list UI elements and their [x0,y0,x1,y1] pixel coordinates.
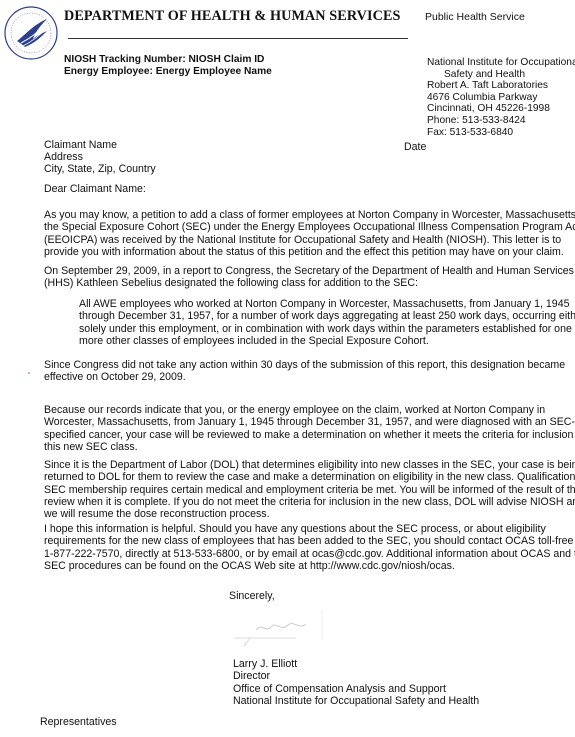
letter-date: Date [404,141,426,153]
text-line: All AWE employees who worked at Norton C… [79,298,573,310]
signature-icon [226,608,346,648]
recipient-address: Address [44,151,156,163]
address-line: Robert A. Taft Laboratories [427,80,575,92]
class-definition-quote: All AWE employees who worked at Norton C… [79,298,573,347]
signer-institute: National Institute for Occupational Safe… [233,695,479,707]
header-divider [68,38,408,39]
paragraph-effective-date: Since Congress did not take any action w… [44,359,574,384]
tracking-block: NIOSH Tracking Number: NIOSH Claim ID En… [64,54,272,78]
paragraph-dol: Since it is the Department of Labor (DOL… [44,459,574,520]
text-line: review when it is complete. If you do no… [44,496,574,508]
text-line: SEC membership requires certain medical … [44,484,574,496]
text-line: I hope this information is helpful. Shou… [44,523,574,535]
paragraph-contact: I hope this information is helpful. Shou… [44,523,574,572]
signer-title: Director [233,670,479,682]
text-line: we will resume the dose reconstruction p… [44,508,574,520]
text-line: On September 29, 2009, in a report to Co… [44,265,574,277]
paragraph-records: Because our records indicate that you, o… [44,404,574,453]
hhs-seal-icon [3,5,59,61]
text-line: solely under this employment, or in comb… [79,323,573,335]
text-line: effective on October 29, 2009. [44,371,574,383]
text-line: Worcester, Massachusetts, from January 1… [44,416,574,428]
text-line: more other classes of employees included… [79,335,573,347]
text-line: SEC procedures can be found on the OCAS … [44,560,574,572]
text-line: requirements for the new class of employ… [44,535,574,547]
recipient-block: Claimant Name Address City, State, Zip, … [44,139,156,175]
text-line: this new SEC class. [44,441,574,453]
text-line: returned to DOL for them to review the c… [44,471,574,483]
text-line: the Special Exposure Cohort (SEC) under … [44,221,574,233]
salutation: Dear Claimant Name: [44,183,146,195]
service-name: Public Health Service [425,11,525,23]
scan-artifact [28,372,30,374]
phone-line: Phone: 513-533-8424 [427,115,575,127]
signer-office: Office of Compensation Analysis and Supp… [233,683,479,695]
text-line: As you may know, a petition to add a cla… [44,209,574,221]
text-line: Because our records indicate that you, o… [44,404,574,416]
recipient-name: Claimant Name [44,139,156,151]
text-line: (EEOICPA) was received by the National I… [44,234,574,246]
recipient-city: City, State, Zip, Country [44,163,156,175]
cc-representatives: Representatives [40,716,117,728]
text-line: through December 31, 1957, for a number … [79,310,573,322]
text-line: Since it is the Department of Labor (DOL… [44,459,574,471]
paragraph-report: On September 29, 2009, in a report to Co… [44,265,574,290]
address-line: National Institute for Occupational [427,57,575,69]
department-heading: DEPARTMENT OF HEALTH & HUMAN SERVICES [64,8,401,25]
address-line: 4676 Columbia Parkway [427,92,575,104]
energy-employee: Energy Employee: Energy Employee Name [64,66,272,78]
text-line: Since Congress did not take any action w… [44,359,574,371]
text-line: 1-877-222-7570, directly at 513-533-6800… [44,548,574,560]
tracking-number: NIOSH Tracking Number: NIOSH Claim ID [64,54,272,66]
text-line: (HHS) Kathleen Sebelius designated the f… [44,277,574,289]
signature-block: Larry J. Elliott Director Office of Comp… [233,658,479,707]
closing: Sincerely, [229,590,275,602]
text-line: specified cancer, your case will be revi… [44,429,574,441]
text-line: provide you with information about the s… [44,246,574,258]
signer-name: Larry J. Elliott [233,658,479,670]
address-line: Safety and Health [427,69,575,81]
sender-address: National Institute for Occupational Safe… [427,57,575,138]
paragraph-petition: As you may know, a petition to add a cla… [44,209,574,258]
fax-line: Fax: 513-533-6840 [427,127,575,139]
address-line: Cincinnati, OH 45226-1998 [427,103,575,115]
